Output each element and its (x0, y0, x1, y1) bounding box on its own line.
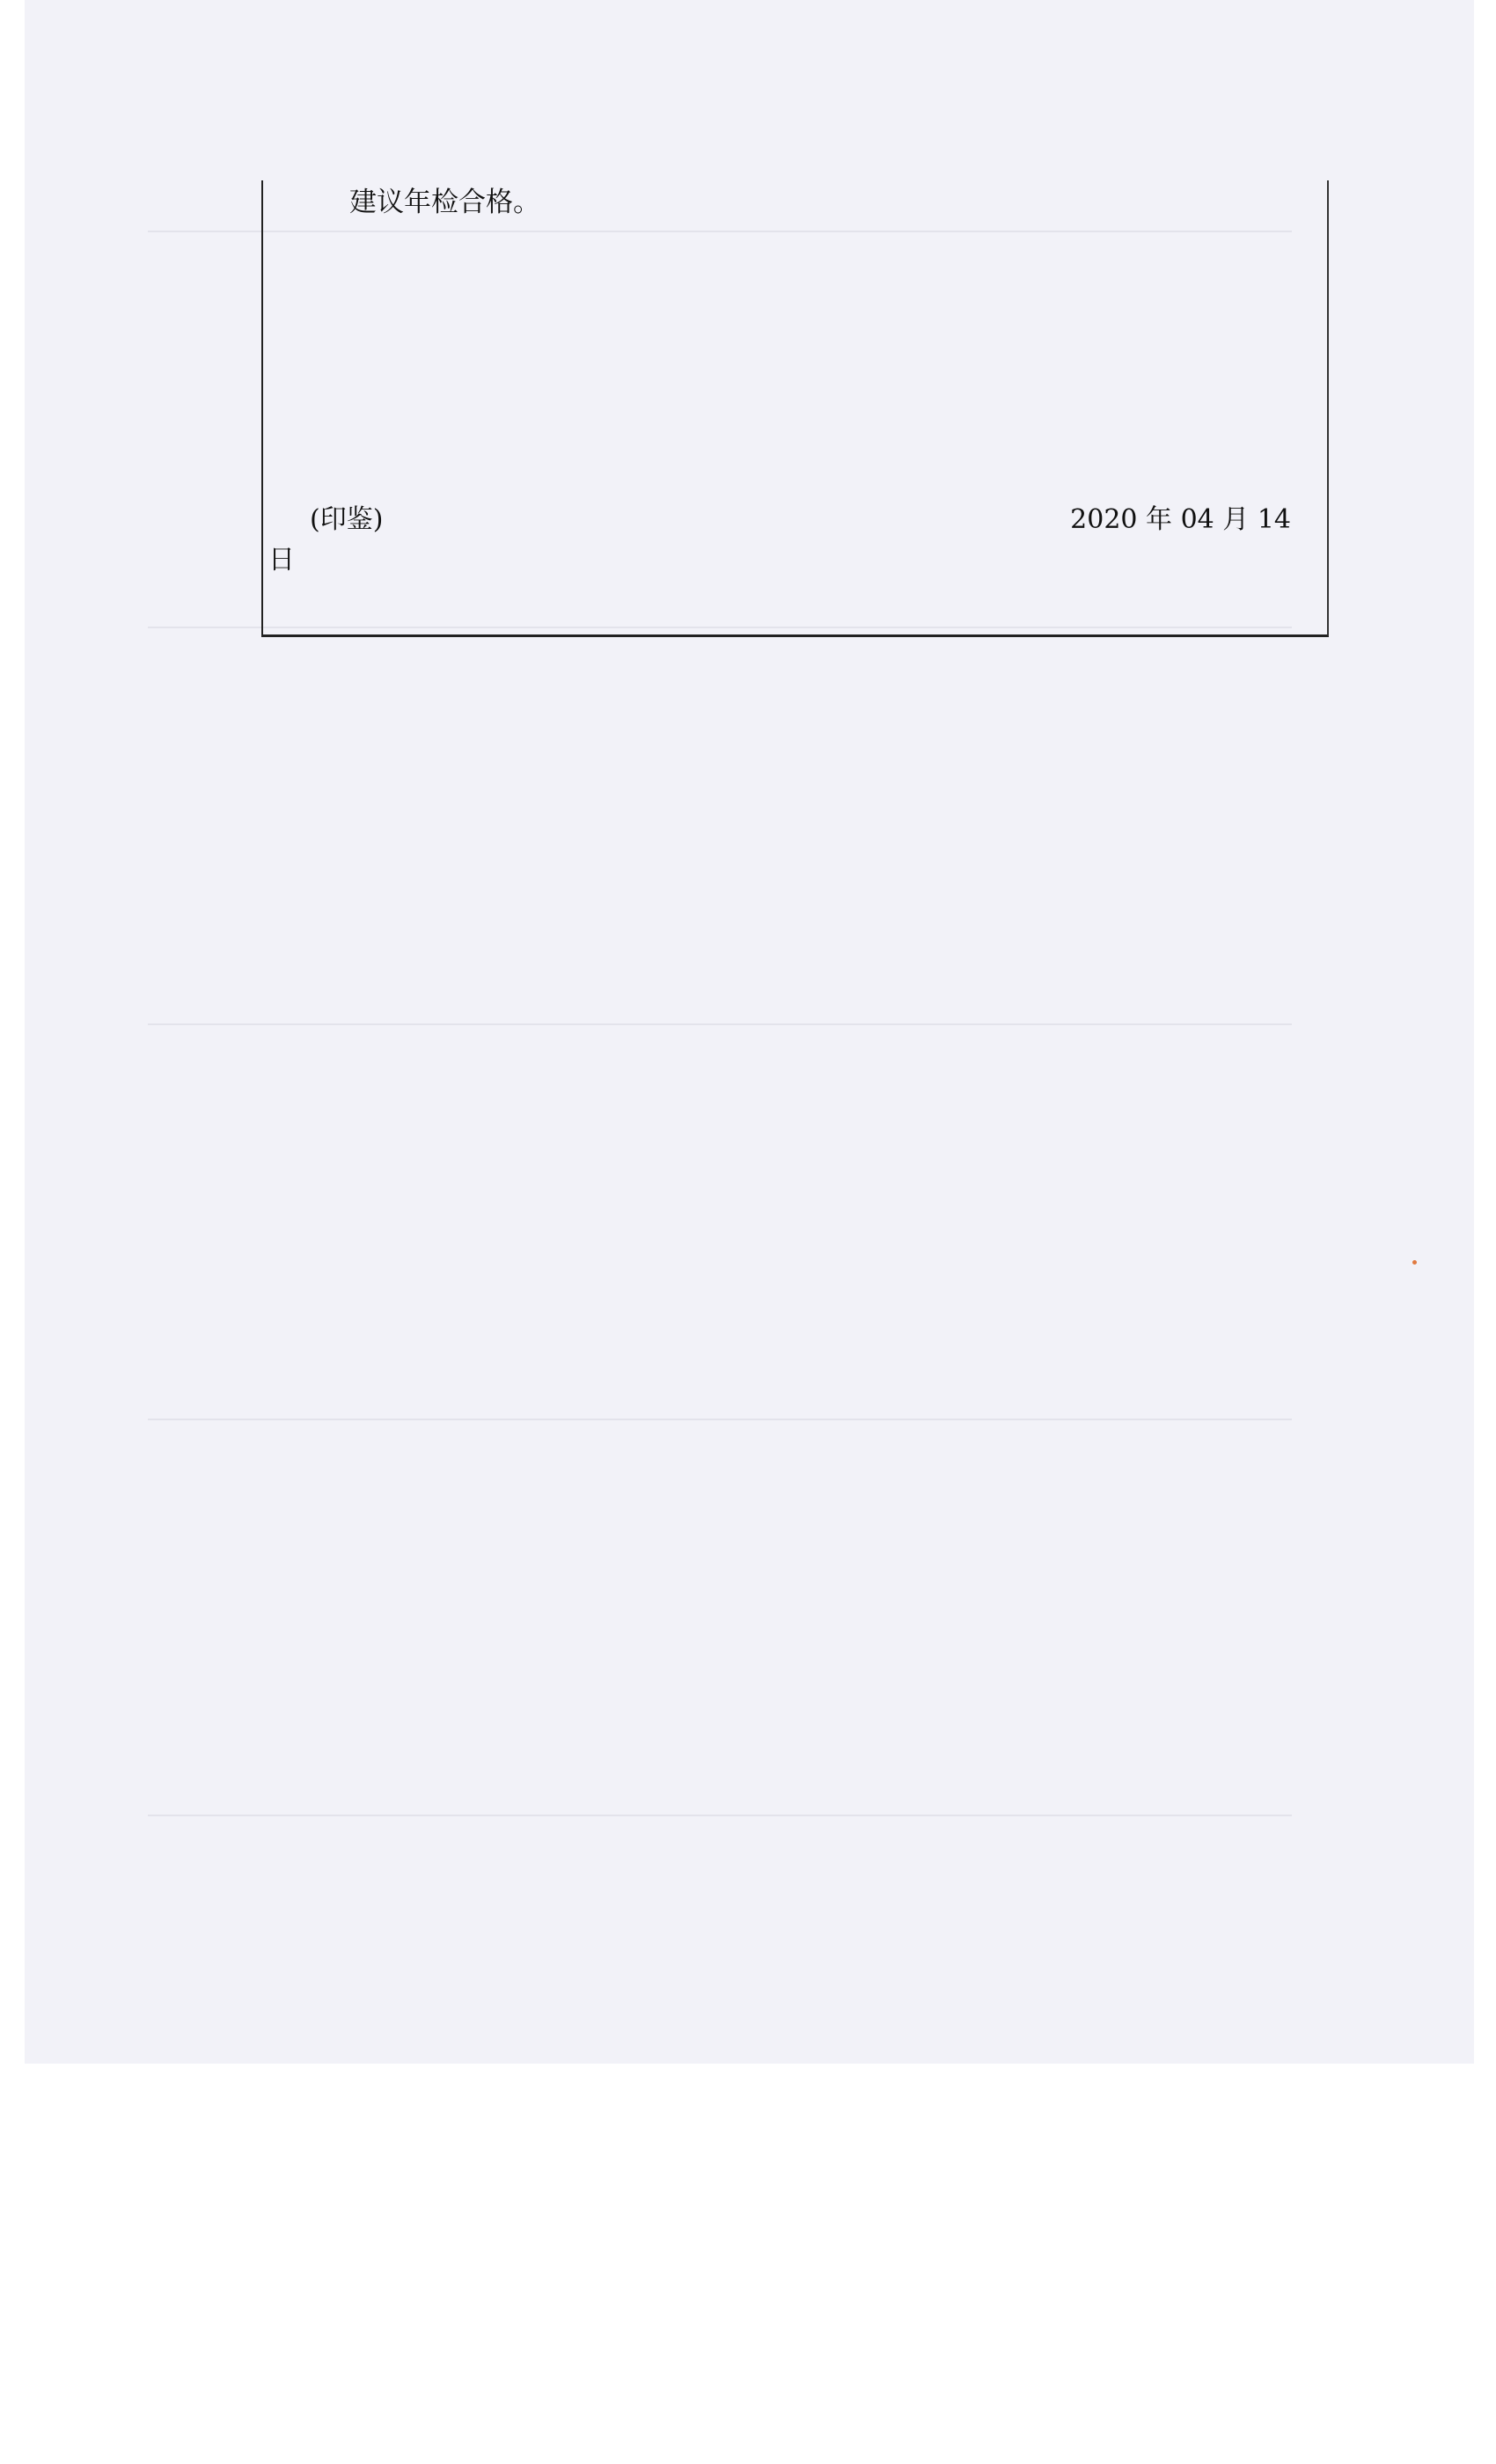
opinion-box (261, 180, 1329, 637)
bleed-through-line (148, 1023, 1292, 1025)
bleed-through-line (148, 1419, 1292, 1420)
seal-label: (印鉴) (310, 507, 383, 533)
scan-speck (1412, 1260, 1417, 1265)
date-text: 2020 年 04 月 14 (1070, 507, 1291, 533)
conclusion-text: 建议年检合格。 (349, 189, 540, 216)
bleed-through-line (148, 1815, 1292, 1816)
date-day-char: 日 (268, 547, 295, 574)
